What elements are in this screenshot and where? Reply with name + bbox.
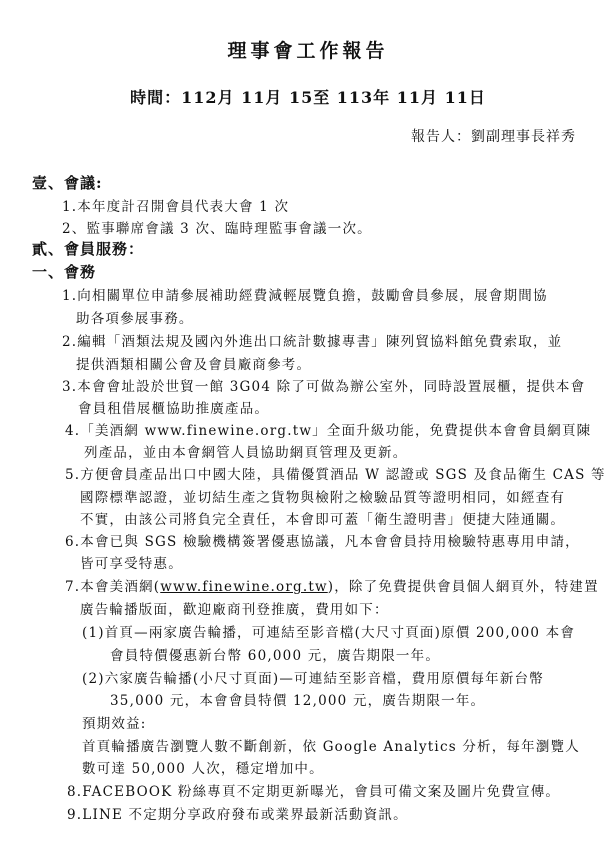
report-period: 時間：112月 11月 15至 113年 11月 11日 <box>0 85 616 108</box>
service-item-5-line-3: 不實，由該公司將負完全責任，本會即可蓋「衛生證明書」便捷大陸通關。 <box>80 508 565 528</box>
service-item-5-line-1: 5.方便會員產品出口中國大陸，具備優質酒品 W 認證或 SGS 及食品衛生 CA… <box>65 463 606 483</box>
meeting-item-1: 1.本年度計召開會員代表大會 1 次 <box>62 195 289 215</box>
ad-option-1-line-2: 會員特價優惠新台幣 60,000 元，廣告期限一年。 <box>110 644 440 664</box>
service-item-6-line-1: 6.本會已與 SGS 檢驗機構簽署優惠協議，凡本會會員持用檢驗特惠專用申請， <box>65 530 580 550</box>
service-item-7-prefix: 7.本會美酒網( <box>65 579 160 595</box>
ad-option-2-line-1: (2)六家廣告輪播(小尺寸頁面)—可連結至影音檔，費用原價每年新台幣 <box>82 667 544 687</box>
affairs-subheading: 一、會務 <box>32 261 96 282</box>
service-item-8: 8.FACEBOOK 粉絲專頁不定期更新曝光，會員可備文案及圖片免費宣傳。 <box>67 780 560 800</box>
reporter-name: 報告人：劉副理事長祥秀 <box>411 126 576 146</box>
benefit-line-2: 數可達 50,000 人次，穩定增加中。 <box>82 757 324 777</box>
service-item-3-line-2: 會員租借展櫃協助推廣產品。 <box>78 397 269 417</box>
service-item-7-suffix: )，除了免費提供會員個人網頁外，特建置 <box>328 579 599 595</box>
service-item-3-line-1: 3.本會會址設於世貿一館 3G04 除了可做為辦公室外，同時設置展櫃，提供本會 <box>62 375 585 395</box>
service-item-4-line-1: 4.「美酒網 www.finewine.org.tw」全面升級功能，免費提供本會… <box>65 419 591 439</box>
section2-heading: 貳、會員服務： <box>32 238 144 259</box>
ad-option-1-line-1: (1)首頁—兩家廣告輪播，可連結至影音檔(大尺寸頁面)原價 200,000 本會 <box>82 621 575 641</box>
finewine-link[interactable]: www.finewine.org.tw <box>160 579 328 595</box>
service-item-5-line-2: 國際標準認證，並切結生產之貨物與檢附之檢驗品質等證明相同，如經查有 <box>80 486 565 506</box>
service-item-2-line-1: 2.編輯「酒類法規及國內外進出口統計數據專書」陳列貿協料館免費索取，並 <box>62 330 562 350</box>
service-item-1-line-1: 1.向相關單位申請參展補助經費減輕展覽負擔，鼓勵會員參展，展會期間協 <box>62 284 548 304</box>
section1-heading: 壹、會議: <box>32 172 103 193</box>
benefit-line-1: 首頁輪播廣告瀏覽人數不斷創新，依 Google Analytics 分析，每年瀏… <box>82 735 580 755</box>
benefit-label: 預期效益: <box>82 712 147 732</box>
ad-option-2-line-2: 35,000 元，本會會員特價 12,000 元，廣告期限一年。 <box>110 689 485 709</box>
document-title: 理事會工作報告 <box>0 36 616 63</box>
service-item-6-line-2: 皆可享受特惠。 <box>80 552 183 572</box>
meeting-item-2: 2、監事聯席會議 3 次、臨時理監事會議一次。 <box>62 217 372 237</box>
service-item-1-line-2: 助各項參展事務。 <box>76 307 194 327</box>
service-item-7-line-2: 廣告輪播版面，歡迎廠商刊登推廣，費用如下： <box>80 598 389 618</box>
service-item-4-line-2: 列產品，並由本會網管人員協助網頁管理及更新。 <box>84 441 407 461</box>
service-item-2-line-2: 提供酒類相關公會及會員廠商參考。 <box>76 353 311 373</box>
service-item-7-line-1: 7.本會美酒網(www.finewine.org.tw)，除了免費提供會員個人網… <box>65 575 599 595</box>
service-item-9: 9.LINE 不定期分享政府發布或業界最新活動資訊。 <box>67 803 408 823</box>
